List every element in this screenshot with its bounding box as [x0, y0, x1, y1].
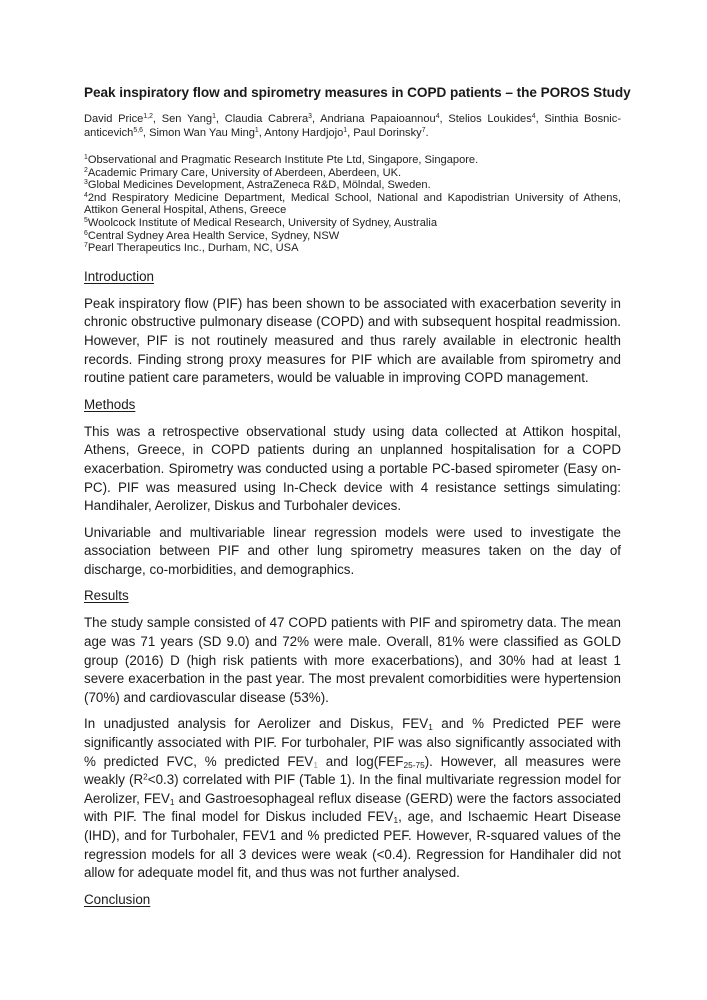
introduction-body: Peak inspiratory flow (PIF) has been sho…	[84, 295, 621, 388]
subscript: 1	[313, 760, 318, 770]
section-heading-methods: Methods	[84, 396, 621, 414]
affiliation-list: 1Observational and Pragmatic Research In…	[84, 154, 621, 255]
affiliation-number: 7	[84, 242, 88, 249]
section-results: Results The study sample consisted of 47…	[84, 587, 621, 882]
section-heading-introduction: Introduction	[84, 268, 621, 286]
results-body: The study sample consisted of 47 COPD pa…	[84, 614, 621, 882]
section-introduction: Introduction Peak inspiratory flow (PIF)…	[84, 268, 621, 388]
superscript: 4	[436, 113, 440, 120]
section-heading-conclusion: Conclusion	[84, 891, 621, 909]
affiliation-item: 42nd Respiratory Medicine Department, Me…	[84, 192, 621, 217]
body-paragraph: In unadjusted analysis for Aerolizer and…	[84, 715, 621, 882]
affiliation-number: 1	[84, 154, 88, 161]
subscript: 1	[393, 815, 398, 825]
superscript: 1,2	[143, 113, 153, 120]
affiliation-number: 6	[84, 230, 88, 237]
affiliation-number: 2	[84, 167, 88, 174]
affiliation-item: 7Pearl Therapeutics Inc., Durham, NC, US…	[84, 242, 621, 255]
body-paragraph: The study sample consisted of 47 COPD pa…	[84, 614, 621, 707]
body-paragraph: Peak inspiratory flow (PIF) has been sho…	[84, 295, 621, 388]
abstract-page: Peak inspiratory flow and spirometry mea…	[84, 84, 621, 909]
affiliation-item: 6Central Sydney Area Health Service, Syd…	[84, 230, 621, 243]
superscript: 4	[532, 113, 536, 120]
section-heading-results: Results	[84, 587, 621, 605]
section-methods: Methods This was a retrospective observa…	[84, 396, 621, 580]
superscript: 5,6	[133, 127, 143, 134]
subscript: 1	[428, 723, 433, 733]
affiliation-item: 1Observational and Pragmatic Research In…	[84, 154, 621, 167]
affiliation-number: 5	[84, 217, 88, 224]
author-list: David Price1,2, Sen Yang1, Claudia Cabre…	[84, 112, 621, 140]
superscript: 1	[343, 127, 347, 134]
superscript: 7	[422, 127, 426, 134]
paper-title: Peak inspiratory flow and spirometry mea…	[84, 84, 621, 102]
superscript: 3	[308, 113, 312, 120]
subscript: 25-75	[403, 760, 424, 770]
affiliation-number: 4	[84, 192, 88, 199]
subscript: 1	[170, 797, 175, 807]
superscript: 1	[255, 127, 259, 134]
affiliation-item: 2Academic Primary Care, University of Ab…	[84, 167, 621, 180]
affiliation-item: 3Global Medicines Development, AstraZene…	[84, 179, 621, 192]
superscript: 2	[143, 772, 148, 782]
superscript: 1	[212, 113, 216, 120]
body-paragraph: This was a retrospective observational s…	[84, 423, 621, 516]
body-paragraph: Univariable and multivariable linear reg…	[84, 524, 621, 580]
affiliation-number: 3	[84, 179, 88, 186]
methods-body: This was a retrospective observational s…	[84, 423, 621, 580]
section-conclusion: Conclusion	[84, 891, 621, 909]
affiliation-item: 5Woolcock Institute of Medical Research,…	[84, 217, 621, 230]
